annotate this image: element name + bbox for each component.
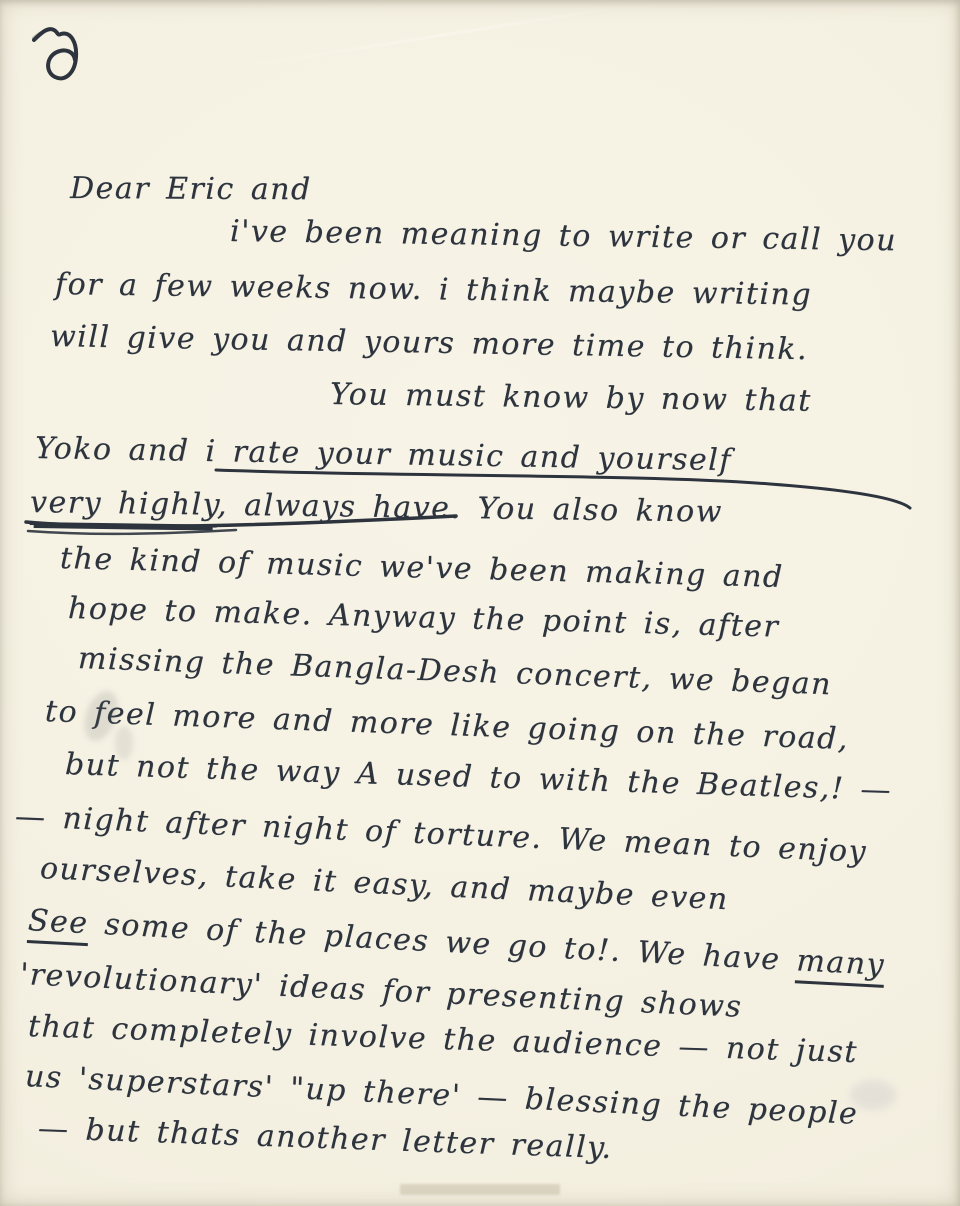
text-segment: to feel more and more like going on the … — [44, 694, 849, 757]
letter-line-5: You must know by now that — [330, 376, 812, 420]
text-segment: You must know by now that — [330, 377, 812, 419]
letter-line-6: Yoko and i rate your music and yourself — [35, 430, 733, 480]
letter-line-7: very highly, always have. You also know — [30, 484, 723, 531]
text-segment: — but thats another letter really. — [37, 1111, 613, 1166]
letter-line-9: hope to make. Anyway the point is, after — [68, 590, 780, 646]
text-segment: See — [27, 903, 90, 946]
text-segment: the kind of music we've been making and — [60, 541, 785, 595]
text-segment: Dear Eric and — [70, 171, 312, 207]
text-segment: many — [795, 943, 886, 988]
letter-line-1: Dear Eric and — [70, 170, 312, 209]
letter-line-2: i've been meaning to write or call you — [230, 213, 897, 260]
text-segment: your music and yourself — [316, 436, 732, 478]
letter-line-3: for a few weeks now. i think maybe writi… — [55, 266, 813, 314]
text-segment: very highly — [30, 485, 218, 528]
letter-page: Dear Eric andi've been meaning to write … — [0, 0, 960, 1206]
text-segment: missing the Bangla-Desh concert, we bega… — [77, 641, 832, 702]
ink-smudge — [115, 726, 133, 760]
text-segment: will give you and yours more time to thi… — [50, 319, 809, 367]
letter-line-4: will give you and yours more time to thi… — [50, 318, 809, 369]
paper-crease — [242, 3, 638, 69]
text-segment: i've been meaning to write or call you — [230, 214, 897, 258]
letter-line-8: the kind of music we've been making and — [60, 540, 785, 596]
text-segment: hope to make. Anyway the point is, after — [68, 591, 780, 645]
ink-smudge — [850, 1080, 896, 1110]
page-mark-doodle — [32, 18, 94, 90]
text-segment: but not the way A used to with the Beatl… — [64, 747, 892, 808]
text-segment: , always have. You also know — [217, 488, 723, 530]
faint-watermark — [400, 1184, 560, 1195]
letter-line-19: — but thats another letter really. — [37, 1110, 613, 1168]
text-segment: Yoko and i rate — [35, 431, 317, 471]
text-segment: for a few weeks now. i think maybe writi… — [55, 267, 813, 313]
letter-line-10: missing the Bangla-Desh concert, we bega… — [77, 640, 832, 704]
